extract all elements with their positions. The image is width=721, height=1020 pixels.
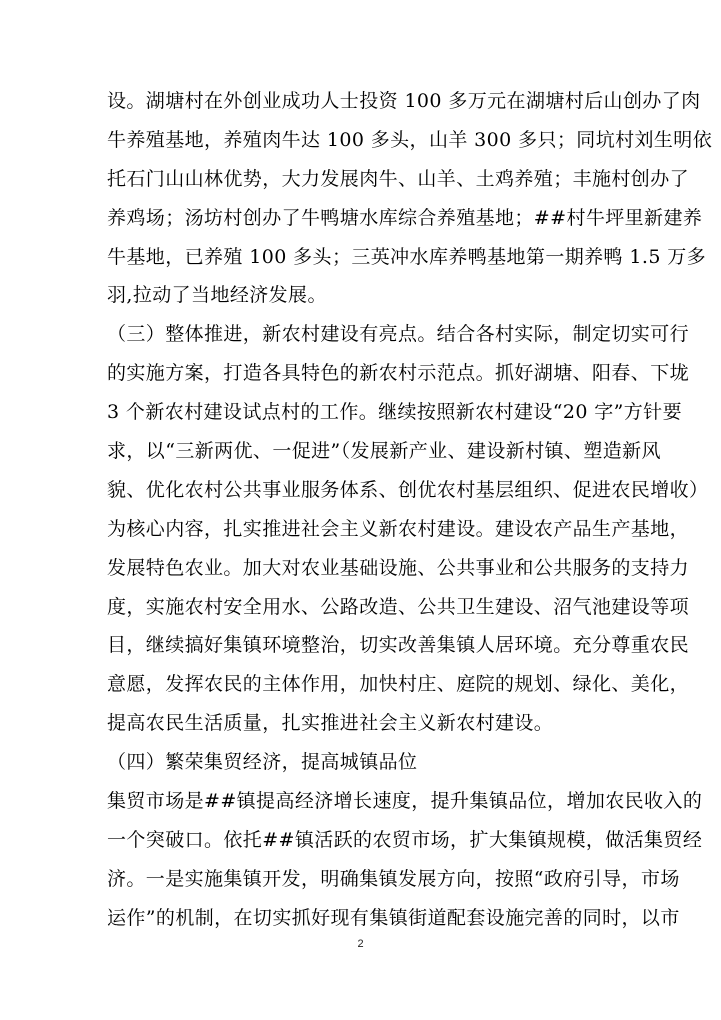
text-line: 提高农民生活质量，扎实推进社会主义新农村建设。 [107, 704, 617, 743]
text-line: 设。湖塘村在外创业成功人士投资 100 多万元在湖塘村后山创办了肉 [107, 82, 617, 121]
text-line: 貌、优化农村公共事业服务体系、创优农村基层组织、促进农民增收） [107, 471, 617, 510]
text-line: 济。一是实施集镇开发，明确集镇发展方向，按照“政府引导，市场 [107, 860, 617, 899]
text-line: 发展特色农业。加大对农业基础设施、公共事业和公共服务的支持力 [107, 549, 617, 588]
text-line: 牛基地，已养殖 100 多头；三英冲水库养鸭基地第一期养鸭 1.5 万多 [107, 238, 617, 277]
document-page: 设。湖塘村在外创业成功人士投资 100 多万元在湖塘村后山创办了肉牛养殖基地，养… [0, 0, 721, 1020]
text-line: 意愿，发挥农民的主体作用，加快村庄、庭院的规划、绿化、美化， [107, 665, 617, 704]
text-line: 羽,拉动了当地经济发展。 [107, 276, 617, 315]
text-line: 的实施方案，打造各具特色的新农村示范点。抓好湖塘、阳春、下垅 [107, 354, 617, 393]
text-line: 目，继续搞好集镇环境整治，切实改善集镇人居环境。充分尊重农民 [107, 626, 617, 665]
text-line: 托石门山山林优势，大力发展肉牛、山羊、土鸡养殖；丰施村创办了 [107, 160, 617, 199]
text-line: 牛养殖基地，养殖肉牛达 100 多头，山羊 300 多只；同坑村刘生明依 [107, 121, 617, 160]
text-line: 度，实施农村安全用水、公路改造、公共卫生建设、沼气池建设等项 [107, 588, 617, 627]
text-line: 为核心内容，扎实推进社会主义新农村建设。建设农产品生产基地， [107, 510, 617, 549]
page-number: 2 [0, 938, 721, 950]
text-line: 运作”的机制，在切实抓好现有集镇街道配套设施完善的同时，以市 [107, 899, 617, 938]
text-line: 集贸市场是##镇提高经济增长速度，提升集镇品位，增加农民收入的 [107, 782, 617, 821]
text-line: （三）整体推进，新农村建设有亮点。结合各村实际，制定切实可行 [107, 315, 617, 354]
document-body: 设。湖塘村在外创业成功人士投资 100 多万元在湖塘村后山创办了肉牛养殖基地，养… [107, 82, 617, 938]
text-line: （四）繁荣集贸经济，提高城镇品位 [107, 743, 617, 782]
text-line: 求，以“三新两优、一促进”（发展新产业、建设新村镇、塑造新风 [107, 432, 617, 471]
text-line: 3 个新农村建设试点村的工作。继续按照新农村建设“20 字”方针要 [107, 393, 617, 432]
text-line: 养鸡场；汤坊村创办了牛鸭塘水库综合养殖基地；##村牛坪里新建养 [107, 199, 617, 238]
text-line: 一个突破口。依托##镇活跃的农贸市场，扩大集镇规模，做活集贸经 [107, 821, 617, 860]
